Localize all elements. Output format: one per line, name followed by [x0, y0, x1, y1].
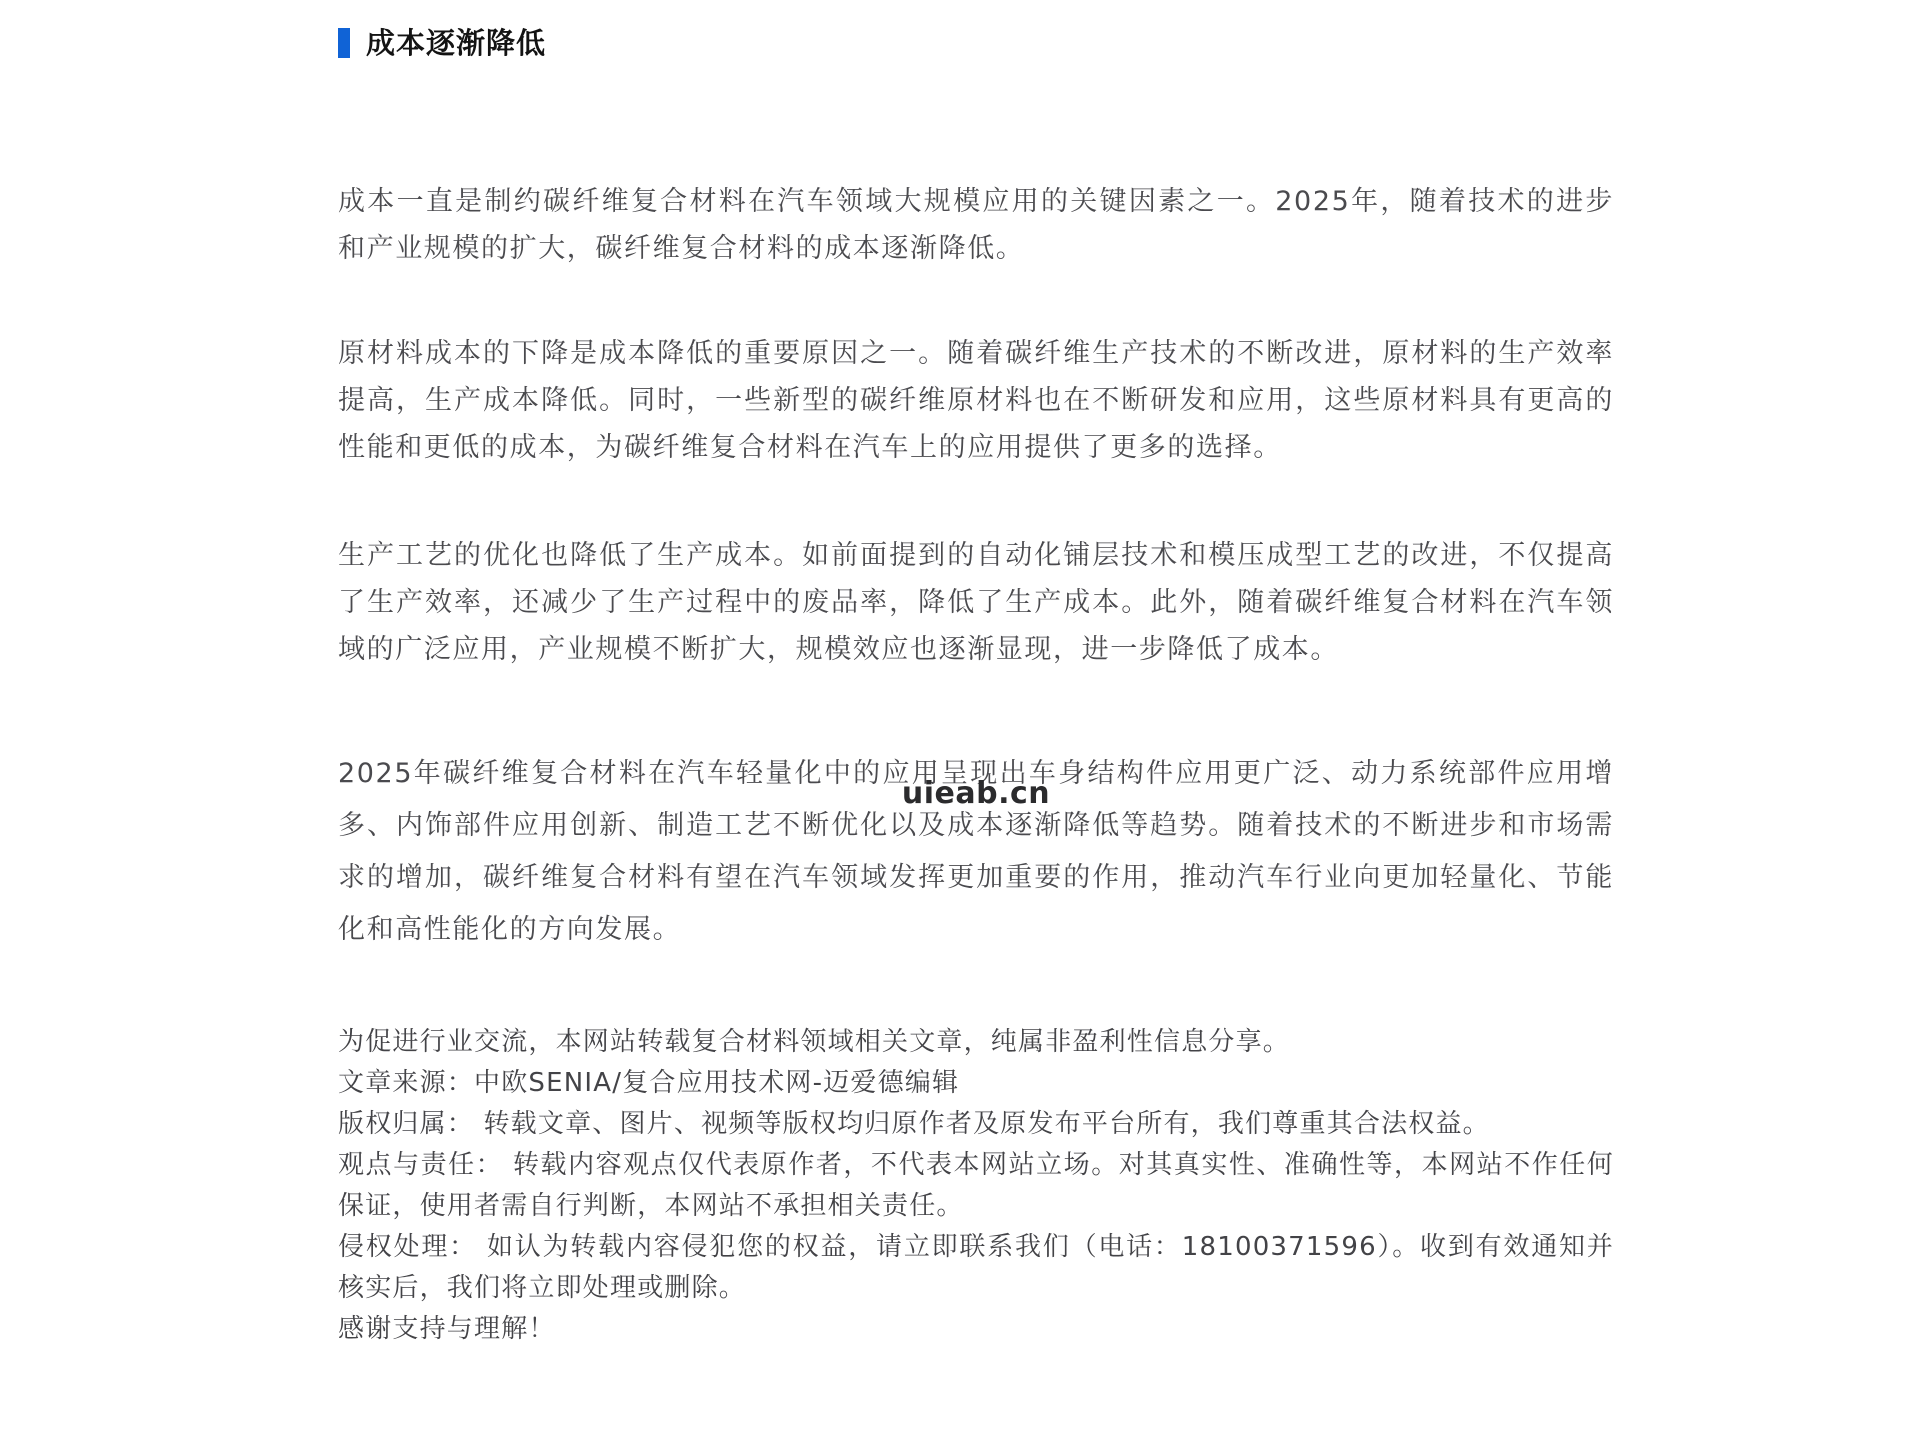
heading-accent-bar [338, 28, 350, 58]
disclaimer-section: 为促进行业交流，本网站转载复合材料领域相关文章，纯属非盈利性信息分享。 文章来源… [338, 1022, 1614, 1350]
disclaimer-responsibility: 观点与责任： 转载内容观点仅代表原作者，不代表本网站立场。对其真实性、准确性等，… [338, 1145, 1614, 1227]
paragraph-cost-intro: 成本一直是制约碳纤维复合材料在汽车领域大规模应用的关键因素之一。2025年，随着… [338, 178, 1614, 272]
disclaimer-purpose: 为促进行业交流，本网站转载复合材料领域相关文章，纯属非盈利性信息分享。 [338, 1022, 1614, 1063]
paragraph-2025-trends: 2025年碳纤维复合材料在汽车轻量化中的应用呈现出车身结构件应用更广泛、动力系统… [338, 748, 1614, 956]
article-content: 成本逐渐降低 成本一直是制约碳纤维复合材料在汽车领域大规模应用的关键因素之一。2… [338, 26, 1614, 1350]
section-title: 成本逐渐降低 [366, 26, 546, 60]
document-page: 成本逐渐降低 成本一直是制约碳纤维复合材料在汽车领域大规模应用的关键因素之一。2… [0, 0, 1920, 1456]
disclaimer-source: 文章来源：中欧SENIA/复合应用技术网-迈爱德编辑 [338, 1063, 1614, 1104]
paragraph-raw-material-cost: 原材料成本的下降是成本降低的重要原因之一。随着碳纤维生产技术的不断改进，原材料的… [338, 330, 1614, 471]
disclaimer-infringement: 侵权处理： 如认为转载内容侵犯您的权益，请立即联系我们（电话：181003715… [338, 1227, 1614, 1309]
disclaimer-thanks: 感谢支持与理解！ [338, 1309, 1614, 1350]
section-heading: 成本逐渐降低 [338, 26, 1614, 60]
paragraph-process-optimization: 生产工艺的优化也降低了生产成本。如前面提到的自动化铺层技术和模压成型工艺的改进，… [338, 532, 1614, 673]
disclaimer-copyright: 版权归属： 转载文章、图片、视频等版权均归原作者及原发布平台所有，我们尊重其合法… [338, 1104, 1614, 1145]
